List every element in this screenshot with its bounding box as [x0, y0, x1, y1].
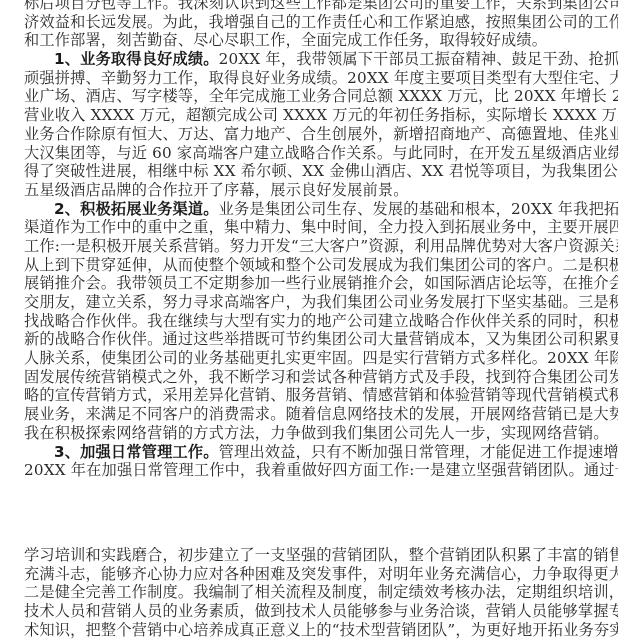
text-line: 标后项目分包等工作。我深刻认识到这些工作都是集团公司的重要工作，关系到集团公司的…	[24, 0, 618, 13]
paragraph-text: 业广场、酒店、写字楼等，全年完成施工业务合同总额 XXXX 万元，比 20XX …	[24, 87, 618, 105]
text-line: 20XX 年在加强日常管理工作中，我着重做好四方面工作:一是建立坚强营销团队。通…	[24, 461, 618, 480]
paragraph-text: 固发展传统营销模式之外，我不断学习和尝试各种营销方式及手段，找到符合集团公司发展…	[24, 368, 618, 386]
paragraph-text: 术知识，把整个营销中心培养成真正意义上的“技术型营销团队”，为更好地开拓业务夯实…	[24, 621, 618, 639]
paragraph-text: 略的宣传营销方式，采用差异化营销、服务营销、情感营销和体验营销等现代营销模式积极…	[24, 386, 618, 404]
text-line: 业务合作除原有恒大、万达、富力地产、合生创展外，新增招商地产、高德置地、佳兆业集…	[24, 125, 618, 144]
paragraph-text: 展业务，来满足不同客户的消费需求。随着信息网络技术的发展，开展网络营销已是大势所…	[24, 405, 618, 423]
paragraph-text: 工作:一是积极开展关系营销。努力开发“三大客户”资源，利用品牌优势对大客户资源关…	[24, 237, 618, 255]
text-line: 交朋友，建立关系，努力寻求高端客户，为我们集团公司业务发展打下坚实基础。三是积极…	[24, 293, 618, 312]
section-heading-line: 3、加强日常管理工作。管理出效益，只有不断加强日常管理，才能促进工作提速增效。	[24, 443, 618, 462]
text-line: 我在积极探索网络营销的方式方法，力争做到我们集团公司先人一步，实现网络营销。	[24, 424, 618, 443]
text-line: 展销推介会。我带领员工不定期参加一些行业展销推介会，如国际酒店论坛等，在推介会上…	[24, 274, 618, 293]
paragraph-text: 20XX 年，我带领属下干部员工振奋精神、鼓足干劲、抢抓机遇、	[219, 50, 618, 68]
section-heading-line: 2、积极拓展业务渠道。业务是集团公司生存、发展的基础和根本，20XX 年我把拓展…	[24, 200, 618, 219]
text-line: 顽强拼搏、辛勤努力工作，取得良好业务成绩。20XX 年度主要项目类型有大型住宅、…	[24, 69, 618, 88]
text-line: 济效益和长远发展。为此，我增强自己的工作责任心和工作紧迫感，按照集团公司的工作精…	[24, 13, 618, 32]
section-heading: 2、积极拓展业务渠道。	[54, 200, 219, 218]
paragraph-text: 新的战略合作伙伴。通过这些举措既可节约集团公司大量营销成本，又为集团公司积累更多…	[24, 330, 618, 348]
text-line: 技术人员和营销人员的业务素质，做到技术人员能够参与业务洽谈，营销人员能够掌握专业…	[24, 602, 618, 621]
paragraph-text: 业务是集团公司生存、发展的基础和根本，20XX 年我把拓展业务	[219, 200, 618, 218]
paragraph-text: 从上到下贯穿延伸，从而使整个领域和整个公司发展成为我们集团公司的客户。二是积极参…	[24, 256, 618, 274]
text-line: 术知识，把整个营销中心培养成真正意义上的“技术型营销团队”，为更好地开拓业务夯实…	[24, 621, 618, 640]
paragraph-text: 渠道作为工作中的重中之重，集中精力、集中时间，全力投入到拓展业务中，主要开展四方…	[24, 218, 618, 236]
document-page-top: 标后项目分包等工作。我深刻认识到这些工作都是集团公司的重要工作，关系到集团公司的…	[24, 0, 618, 480]
section-heading-line: 1、业务取得良好成绩。20XX 年，我带领属下干部员工振奋精神、鼓足干劲、抢抓机…	[24, 50, 618, 69]
text-line: 五星级酒店品牌的合作拉开了序幕，展示良好发展前景。	[24, 181, 618, 200]
text-line: 和工作部署，刻苦勤奋、尽心尽职工作，全面完成工作任务，取得较好成绩。	[24, 31, 618, 50]
paragraph-text: 得了突破性进展，相继中标 XX 希尔顿、XX 金佛山酒店、XX 君悦等项目，为我…	[24, 162, 618, 180]
paragraph-text: 我在积极探索网络营销的方式方法，力争做到我们集团公司先人一步，实现网络营销。	[24, 424, 609, 442]
paragraph-text: 和工作部署，刻苦勤奋、尽心尽职工作，全面完成工作任务，取得较好成绩。	[24, 31, 547, 49]
section-heading: 3、加强日常管理工作。	[54, 443, 219, 461]
text-line: 营业收入 XXXX 万元，超额完成公司 XXXX 万元的年初任务指标，实际增长 …	[24, 106, 618, 125]
document-page-bottom: 学习培训和实践磨合，初步建立了一支坚强的营销团队，整个营销团队积累了丰富的销售经…	[24, 546, 618, 639]
paragraph-text: 20XX 年在加强日常管理工作中，我着重做好四方面工作:一是建立坚强营销团队。通…	[24, 461, 618, 479]
paragraph-text: 展销推介会。我带领员工不定期参加一些行业展销推介会，如国际酒店论坛等，在推介会上…	[24, 274, 618, 292]
text-line: 固发展传统营销模式之外，我不断学习和尝试各种营销方式及手段，找到符合集团公司发展…	[24, 368, 618, 387]
paragraph-text: 交朋友，建立关系，努力寻求高端客户，为我们集团公司业务发展打下坚实基础。三是积极…	[24, 293, 618, 311]
paragraph-text: 营业收入 XXXX 万元，超额完成公司 XXXX 万元的年初任务指标，实际增长 …	[24, 106, 618, 124]
text-line: 二是健全完善工作制度。我编制了相关流程及制度，制定绩效考核办法，定期组织培训，提…	[24, 583, 618, 602]
section-heading: 1、业务取得良好成绩。	[54, 50, 219, 68]
paragraph-text: 充满斗志，能够齐心协力应对各种困难及突发事件，对明年业务充满信心，力争取得更大成…	[24, 565, 618, 583]
paragraph-text: 学习培训和实践磨合，初步建立了一支坚强的营销团队，整个营销团队积累了丰富的销售经…	[24, 546, 618, 564]
text-line: 得了突破性进展，相继中标 XX 希尔顿、XX 金佛山酒店、XX 君悦等项目，为我…	[24, 162, 618, 181]
text-line: 展业务，来满足不同客户的消费需求。随着信息网络技术的发展，开展网络营销已是大势所…	[24, 405, 618, 424]
paragraph-text: 找战略合作伙伴。我在继续与大型有实力的地产公司建立战略合作伙伴关系的同时，积极寻…	[24, 312, 618, 330]
text-line: 业广场、酒店、写字楼等，全年完成施工业务合同总额 XXXX 万元，比 20XX …	[24, 87, 618, 106]
text-line: 大汉集团等，与近 60 家高端客户建立战略合作关系。与此同时，在开发五星级酒店业…	[24, 144, 618, 163]
text-line: 人脉关系，使集团公司的业务基础更扎实更牢固。四是实行营销方式多样化。20XX 年…	[24, 349, 618, 368]
text-line: 充满斗志，能够齐心协力应对各种困难及突发事件，对明年业务充满信心，力争取得更大成…	[24, 565, 618, 584]
text-line: 找战略合作伙伴。我在继续与大型有实力的地产公司建立战略合作伙伴关系的同时，积极寻…	[24, 312, 618, 331]
paragraph-text: 业务合作除原有恒大、万达、富力地产、合生创展外，新增招商地产、高德置地、佳兆业集…	[24, 125, 618, 143]
paragraph-text: 人脉关系，使集团公司的业务基础更扎实更牢固。四是实行营销方式多样化。20XX 年…	[24, 349, 618, 367]
text-line: 工作:一是积极开展关系营销。努力开发“三大客户”资源，利用品牌优势对大客户资源关…	[24, 237, 618, 256]
text-line: 略的宣传营销方式，采用差异化营销、服务营销、情感营销和体验营销等现代营销模式积极…	[24, 386, 618, 405]
text-line: 从上到下贯穿延伸，从而使整个领域和整个公司发展成为我们集团公司的客户。二是积极参…	[24, 256, 618, 275]
paragraph-text: 二是健全完善工作制度。我编制了相关流程及制度，制定绩效考核办法，定期组织培训，提…	[24, 583, 618, 601]
paragraph-text: 大汉集团等，与近 60 家高端客户建立战略合作关系。与此同时，在开发五星级酒店业…	[24, 144, 618, 162]
paragraph-text: 五星级酒店品牌的合作拉开了序幕，展示良好发展前景。	[24, 181, 409, 199]
paragraph-text: 技术人员和营销人员的业务素质，做到技术人员能够参与业务洽谈，营销人员能够掌握专业…	[24, 602, 618, 620]
paragraph-text: 管理出效益，只有不断加强日常管理，才能促进工作提速增效。	[219, 443, 618, 461]
paragraph-text: 顽强拼搏、辛勤努力工作，取得良好业务成绩。20XX 年度主要项目类型有大型住宅、…	[24, 69, 618, 87]
text-line: 学习培训和实践磨合，初步建立了一支坚强的营销团队，整个营销团队积累了丰富的销售经…	[24, 546, 618, 565]
paragraph-text: 济效益和长远发展。为此，我增强自己的工作责任心和工作紧迫感，按照集团公司的工作精…	[24, 13, 618, 31]
text-line: 渠道作为工作中的重中之重，集中精力、集中时间，全力投入到拓展业务中，主要开展四方…	[24, 218, 618, 237]
text-line: 新的战略合作伙伴。通过这些举措既可节约集团公司大量营销成本，又为集团公司积累更多…	[24, 330, 618, 349]
paragraph-text: 标后项目分包等工作。我深刻认识到这些工作都是集团公司的重要工作，关系到集团公司的…	[24, 0, 618, 12]
